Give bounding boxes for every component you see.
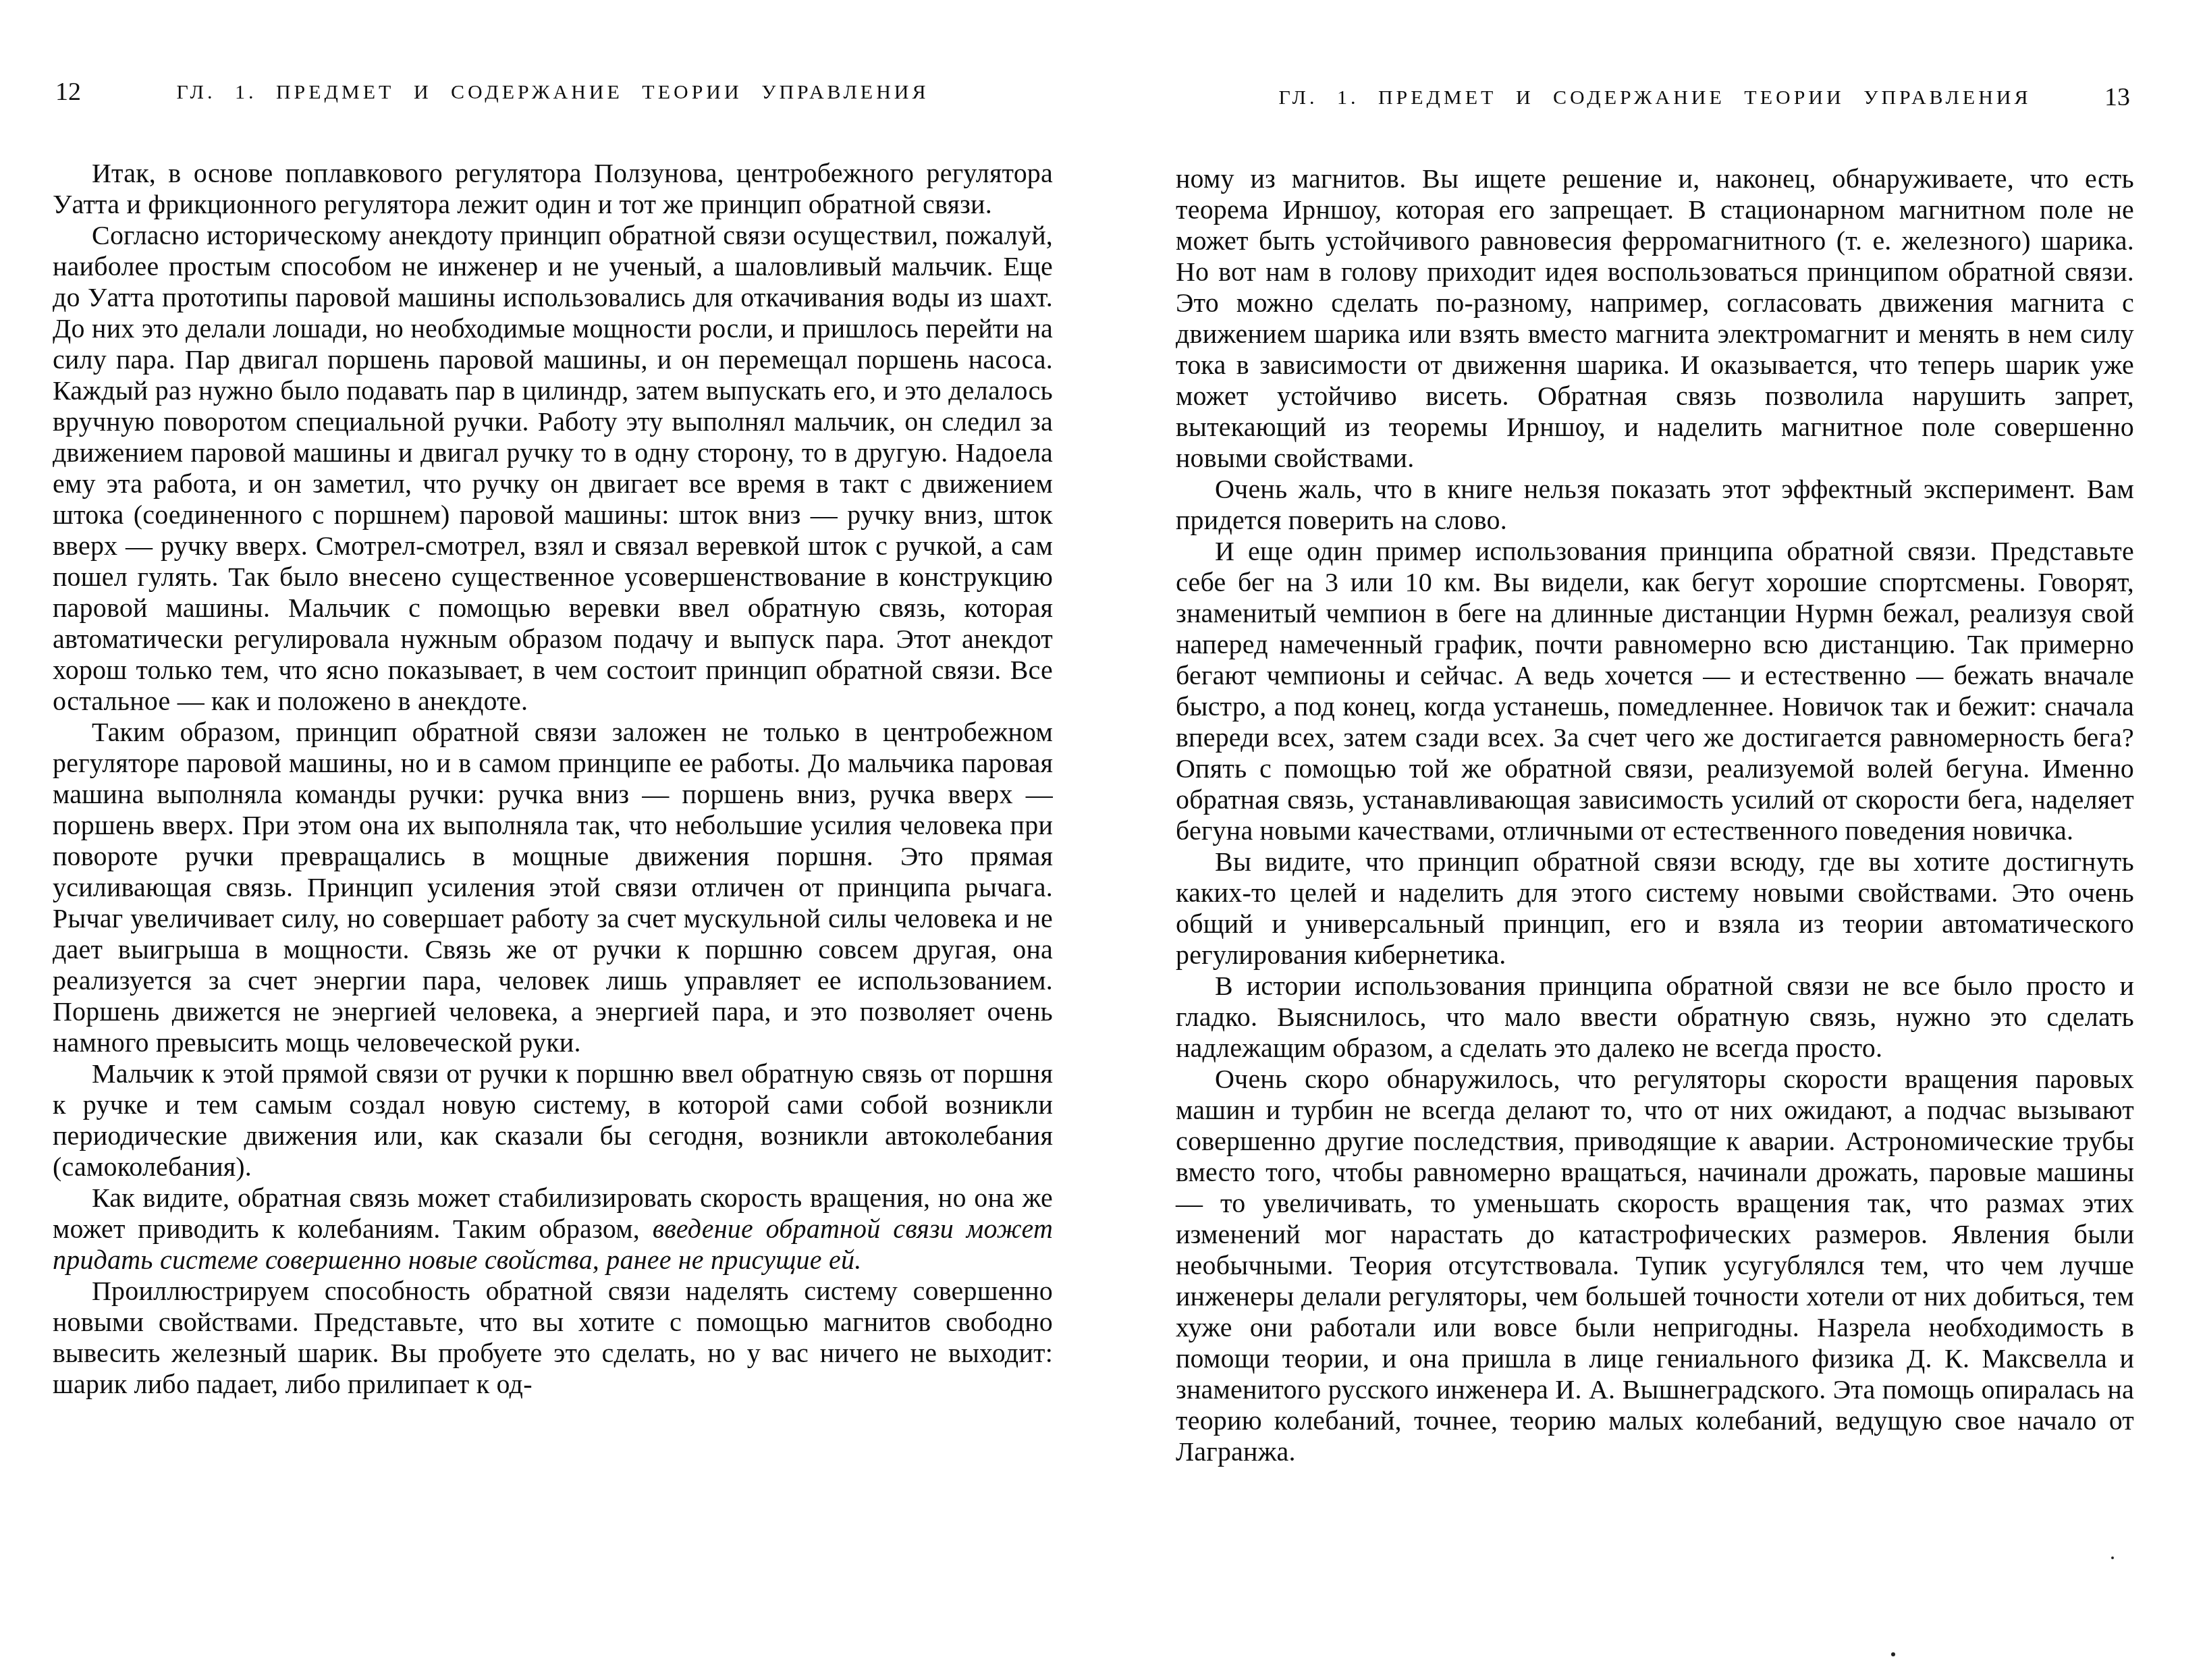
scan-artifact-dot xyxy=(2111,1556,2114,1559)
paragraph: Итак, в основе поплавкового регулятора П… xyxy=(53,158,1053,220)
paragraph: Вы видите, что принцип обратной связи вс… xyxy=(1176,846,2134,971)
paragraph: Мальчик к этой прямой связи от ручки к п… xyxy=(53,1058,1053,1183)
page-number-left: 12 xyxy=(55,77,81,107)
paragraph: Очень скоро обнаружилось, что регуляторы… xyxy=(1176,1064,2134,1467)
paragraph: Таким образом, принцип обратной связи за… xyxy=(53,717,1053,1058)
page-body-left: Итак, в основе поплавкового регулятора П… xyxy=(53,158,1053,1400)
paragraph: Проиллюстрируем способность обратной свя… xyxy=(53,1276,1053,1400)
paragraph: Очень жаль, что в книге нельзя показать … xyxy=(1176,474,2134,536)
page-body-right: ному из магнитов. Вы ищете решение и, на… xyxy=(1176,163,2134,1467)
page-right: ГЛ. 1. ПРЕДМЕТ И СОДЕРЖАНИЕ ТЕОРИИ УПРАВ… xyxy=(1176,81,2134,1467)
scan-artifact-dot xyxy=(1891,1652,1895,1656)
page-header-right: ГЛ. 1. ПРЕДМЕТ И СОДЕРЖАНИЕ ТЕОРИИ УПРАВ… xyxy=(1176,81,2134,119)
page-number-right: 13 xyxy=(2104,82,2130,112)
page-header-left: 12 ГЛ. 1. ПРЕДМЕТ И СОДЕРЖАНИЕ ТЕОРИИ УП… xyxy=(53,76,1053,113)
running-title-right: ГЛ. 1. ПРЕДМЕТ И СОДЕРЖАНИЕ ТЕОРИИ УПРАВ… xyxy=(1176,81,2134,109)
paragraph: В истории использования принципа обратно… xyxy=(1176,971,2134,1064)
paragraph-continuation: ному из магнитов. Вы ищете решение и, на… xyxy=(1176,163,2134,474)
paragraph: И еще один пример использования принципа… xyxy=(1176,536,2134,846)
running-title-left: ГЛ. 1. ПРЕДМЕТ И СОДЕРЖАНИЕ ТЕОРИИ УПРАВ… xyxy=(53,76,1053,104)
book-scan-spread: { "book": { "left_page": { "page_number"… xyxy=(0,0,2205,1680)
paragraph: Согласно историческому анекдоту принцип … xyxy=(53,220,1053,717)
page-left: 12 ГЛ. 1. ПРЕДМЕТ И СОДЕРЖАНИЕ ТЕОРИИ УП… xyxy=(53,76,1053,1400)
paragraph-with-italic: Как видите, обратная связь может стабили… xyxy=(53,1183,1053,1276)
